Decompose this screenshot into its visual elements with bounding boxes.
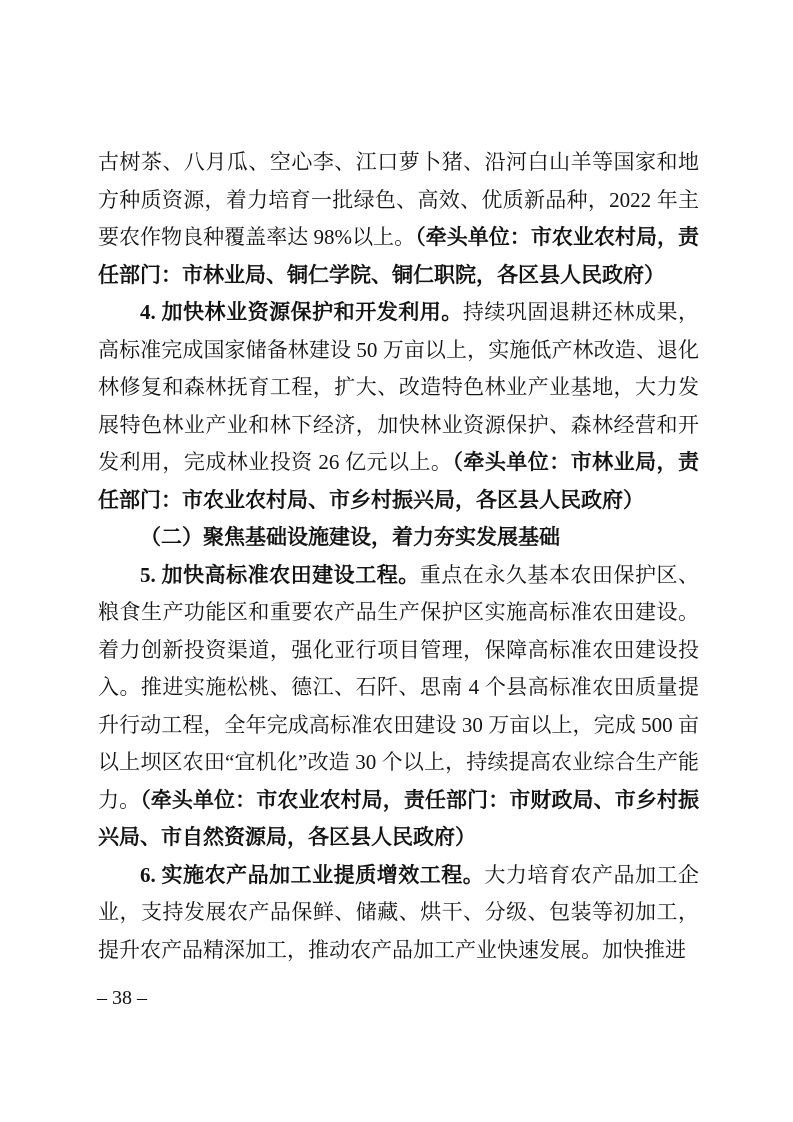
section-heading: （二）聚焦基础设施建设，着力夯实发展基础 xyxy=(98,519,699,557)
text-run-hei-bold: （牵头单位：市农业农村局，责任部门：市财政局、市乡村振兴局、市自然资源局，各区县… xyxy=(98,789,699,850)
paragraph: 4. 加快林业资源保护和开发利用。持续巩固退耕还林成果，高标准完成国家储备林建设… xyxy=(98,294,699,519)
text-run-kai-bold: 6. 实施农产品加工业提质增效工程。 xyxy=(140,863,484,887)
text-run-song: 持续巩固退耕还林成果，高标准完成国家储备林建设 50 万亩以上，实施低产林改造、… xyxy=(98,300,699,474)
paragraph: 古树茶、八月瓜、空心李、江口萝卜猪、沿河白山羊等国家和地方种质资源，着力培育一批… xyxy=(98,144,699,294)
paragraph: 5. 加快高标准农田建设工程。重点在永久基本农田保护区、粮食生产功能区和重要农产… xyxy=(98,557,699,857)
document-body: 古树茶、八月瓜、空心李、江口萝卜猪、沿河白山羊等国家和地方种质资源，着力培育一批… xyxy=(98,144,699,969)
text-run-song: 重点在永久基本农田保护区、粮食生产功能区和重要农产品生产保护区实施高标准农田建设… xyxy=(98,563,699,812)
text-run-kai-bold: （二）聚焦基础设施建设，着力夯实发展基础 xyxy=(140,525,560,549)
document-page: 古树茶、八月瓜、空心李、江口萝卜猪、沿河白山羊等国家和地方种质资源，着力培育一批… xyxy=(0,0,793,1122)
text-run-kai-bold: 4. 加快林业资源保护和开发利用。 xyxy=(140,300,463,324)
page-number: – 38 – xyxy=(97,986,147,1010)
paragraph: 6. 实施农产品加工业提质增效工程。大力培育农产品加工企业，支持发展农产品保鲜、… xyxy=(98,857,699,970)
text-run-kai-bold: 5. 加快高标准农田建设工程。 xyxy=(140,563,420,587)
